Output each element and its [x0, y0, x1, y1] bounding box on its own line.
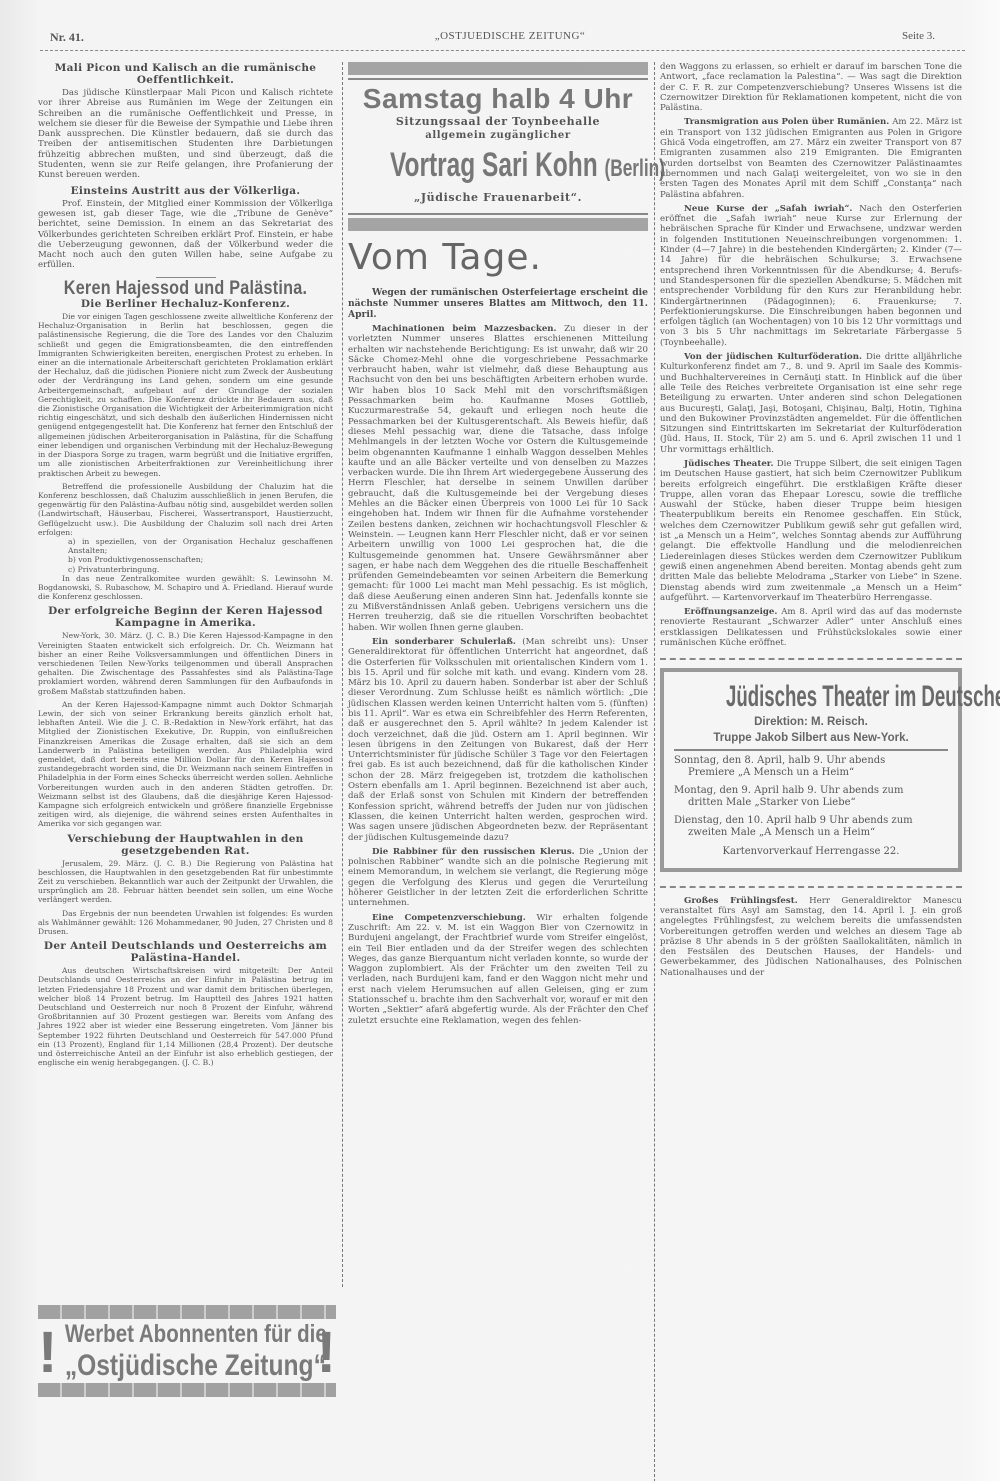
divider: [660, 658, 962, 660]
article-body: Zu dieser in der vorletzten Nummer unser…: [348, 324, 648, 633]
publication-notice: Wegen der rumänischen Osterfeiertage ers…: [348, 287, 648, 320]
page-header: Nr. 41. „OSTJUEDISCHE ZEITUNG“ Seite 3.: [50, 30, 970, 48]
exclamation-mark: !: [38, 1323, 57, 1383]
article-body: Herr Generaldirektor Manescu veranstalte…: [660, 896, 962, 978]
ad-direction: Direktion: M. Reisch.: [674, 714, 948, 730]
article-lead: Jüdisches Theater.: [684, 459, 774, 469]
divider: [660, 886, 962, 888]
ad-venue: Sitzungssaal der Toynbeehalle: [348, 115, 648, 129]
article-lead: Eröffnungsanzeige.: [684, 607, 777, 617]
article-body: Wir erhalten folgende Zuschrift: Am 22. …: [348, 913, 648, 1026]
rule: [348, 78, 648, 80]
performance-date: Sonntag, den 8. April, halb 9. Uhr abend…: [674, 755, 948, 767]
ad-subline: allgemein zugänglicher: [348, 129, 648, 143]
column-divider-1: [342, 62, 343, 1287]
page-number: Seite 3.: [902, 30, 935, 42]
article-continuation: den Waggons zu erlassen, so erhielt er d…: [660, 62, 962, 113]
article-body: An der Keren Hajessod-Kampagne nimmt auc…: [38, 700, 333, 829]
ad-date-line: Samstag halb 4 Uhr: [348, 83, 648, 115]
header-rule: [40, 50, 965, 51]
article-body: Betreffend die professionelle Ausbildung…: [38, 482, 333, 537]
performance-entry: Dienstag, den 10. April halb 9 Uhr abend…: [674, 815, 948, 839]
article-body: Die vor einigen Tagen geschlossene zweit…: [38, 312, 333, 478]
article-body: Prof. Einstein, der Mitglied einer Kommi…: [38, 199, 333, 271]
performance-title: dritten Male „Starker von Liebe“: [674, 797, 948, 809]
article-schulerlass: Ein sonderbarer Schulerlaß. (Man schreib…: [348, 637, 648, 843]
performance-date: Montag, den 9. April halb 9. Uhr abends …: [674, 785, 948, 797]
ad-troupe: Truppe Jakob Silbert aus New-York.: [674, 730, 948, 746]
article-lead: Großes Frühlingsfest.: [684, 896, 798, 906]
ad-topic: „Jüdische Frauenarbeit“.: [348, 191, 648, 205]
performance-entry: Montag, den 9. April halb 9. Uhr abends …: [674, 785, 948, 809]
article-juedisches-theater: Jüdisches Theater. Die Truppe Silbert, d…: [660, 459, 962, 603]
article-body: New-York, 30. März. (J. C. B.) Die Keren…: [38, 631, 333, 695]
subscribe-advertisement: ! Werbet Abonnenten für die „Ostjüdische…: [38, 1305, 336, 1397]
article-einstein: Einsteins Austritt aus der Völkerliga. P…: [38, 185, 333, 271]
article-hechaluz: Die Berliner Hechaluz-Konferenz. Die vor…: [38, 298, 333, 601]
ad-line: „Ostjüdische Zeitung“: [65, 1349, 309, 1383]
section-heading: Vom Tage.: [348, 237, 648, 279]
article-body: Jerusalem, 29. März. (J. C. B.) Die Regi…: [38, 859, 333, 905]
list-item: c) Privatunterbringung.: [68, 565, 333, 574]
article-title: Mali Picon und Kalisch an die rumänische…: [38, 62, 333, 86]
article-body: Die dritte alljährliche Kulturkonferenz …: [660, 352, 962, 455]
stripe-decoration: [38, 1383, 336, 1397]
article-lead: Transmigration aus Polen über Rumänien.: [684, 117, 889, 127]
article-body: Das Ergebnis der nun beendeten Urwahlen …: [38, 909, 333, 937]
ad-lecture-title: Vortrag Sari Kohn (Berlin): [390, 145, 606, 189]
article-body: Am 22. März ist ein Transport von 132 jü…: [660, 117, 962, 199]
ad-footer: Kartenvorverkauf Herrengasse 22.: [674, 847, 948, 857]
article-eroeffnung: Eröffnungsanzeige. Am 8. April wird das …: [660, 607, 962, 648]
column-divider-2: [654, 62, 655, 1481]
performance-title: zweiten Male „A Mensch un a Heim“: [674, 827, 948, 839]
article-lead: Eine Competenzverschiebung.: [372, 913, 526, 923]
column-1: Mali Picon und Kalisch an die rumänische…: [38, 62, 333, 1071]
article-title: Der Anteil Deutschlands und Oesterreichs…: [38, 940, 333, 964]
article-lead: Neue Kurse der „Safah iwriah“.: [684, 204, 852, 214]
article-body: Nach den Osterferien eröffnet die „Safah…: [660, 204, 962, 348]
article-kampagne-amerika: Der erfolgreiche Beginn der Keren Hajess…: [38, 605, 333, 828]
lecture-speaker: Vortrag Sari Kohn: [390, 146, 598, 184]
lecture-city: (Berlin): [604, 155, 664, 182]
article-title: Einsteins Austritt aus der Völkerliga.: [38, 185, 333, 197]
article-lead: Ein sonderbarer Schulerlaß.: [372, 637, 516, 647]
section-heading: Keren Hajessod und Palästina.: [60, 284, 311, 294]
article-body: Aus deutschen Wirtschaftskreisen wird mi…: [38, 966, 333, 1067]
performance-title: Premiere „A Mensch un a Heim“: [674, 767, 948, 779]
column-3: den Waggons zu erlassen, so erhielt er d…: [660, 62, 962, 982]
article-palaestina-handel: Der Anteil Deutschlands und Oesterreichs…: [38, 940, 333, 1067]
ad-title: Jüdisches Theater im Deutschen Haus.: [726, 680, 896, 714]
article-safah-iwriah: Neue Kurse der „Safah iwriah“. Nach den …: [660, 204, 962, 348]
article-kulturfoederation: Von der jüdischen Kulturföderation. Die …: [660, 352, 962, 455]
newspaper-page: Nr. 41. „OSTJUEDISCHE ZEITUNG“ Seite 3. …: [0, 0, 1000, 1481]
article-fruehlingsfest: Großes Frühlingsfest. Herr Generaldirekt…: [660, 896, 962, 978]
bar-decoration: [348, 62, 648, 75]
article-lead: Von der jüdischen Kulturföderation.: [684, 352, 862, 362]
article-body: (Man schreibt uns): Unser Generaldirekto…: [348, 637, 648, 843]
article-title: Der erfolgreiche Beginn der Keren Hajess…: [38, 605, 333, 629]
exclamation-mark: !: [317, 1323, 336, 1383]
column-2: Samstag halb 4 Uhr Sitzungssaal der Toyn…: [348, 62, 648, 1030]
rule: [348, 213, 648, 215]
article-transmigration: Transmigration aus Polen über Rumänien. …: [660, 117, 962, 199]
bar-decoration: [348, 218, 648, 231]
article-body: In das neue Zentralkomitee wurden gewähl…: [38, 574, 333, 602]
article-picon-kalisch: Mali Picon und Kalisch an die rumänische…: [38, 62, 333, 181]
lecture-advertisement: Samstag halb 4 Uhr Sitzungssaal der Toyn…: [348, 62, 648, 231]
rule: [674, 749, 948, 751]
article-title: Die Berliner Hechaluz-Konferenz.: [38, 298, 333, 310]
performance-date: Dienstag, den 10. April halb 9 Uhr abend…: [674, 815, 948, 827]
article-body: Das jüdische Künstlerpaar Mali Picon und…: [38, 88, 333, 181]
article-lead: Machinationen beim Mazzesbacken.: [372, 324, 557, 334]
article-body: Die „Union der polnischen Rabbiner“ wand…: [348, 847, 648, 908]
newspaper-title: „OSTJUEDISCHE ZEITUNG“: [50, 30, 970, 42]
article-title: Verschiebung der Hauptwahlen in den gese…: [38, 833, 333, 857]
list-item: a) in speziellen, von der Organisation H…: [68, 537, 333, 555]
article-rabbiner: Die Rabbiner für den russischen Klerus. …: [348, 847, 648, 909]
article-lead: Die Rabbiner für den russischen Klerus.: [372, 847, 575, 857]
ad-line: Werbet Abonnenten für die: [65, 1319, 309, 1349]
article-hauptwahlen: Verschiebung der Hauptwahlen in den gese…: [38, 833, 333, 937]
stripe-decoration: [38, 1305, 336, 1319]
list-item: b) von Produktivgenossenschaften;: [68, 555, 333, 564]
article-competenzverschiebung: Eine Competenzverschiebung. Wir erhalten…: [348, 913, 648, 1026]
article-mazzesbacken: Machinationen beim Mazzesbacken. Zu dies…: [348, 324, 648, 633]
article-body: Die Truppe Silbert, die seit einigen Tag…: [660, 459, 962, 603]
performance-entry: Sonntag, den 8. April, halb 9. Uhr abend…: [674, 755, 948, 779]
training-list: a) in speziellen, von der Organisation H…: [68, 537, 333, 574]
theater-advertisement: Jüdisches Theater im Deutschen Haus. Dir…: [660, 668, 962, 871]
